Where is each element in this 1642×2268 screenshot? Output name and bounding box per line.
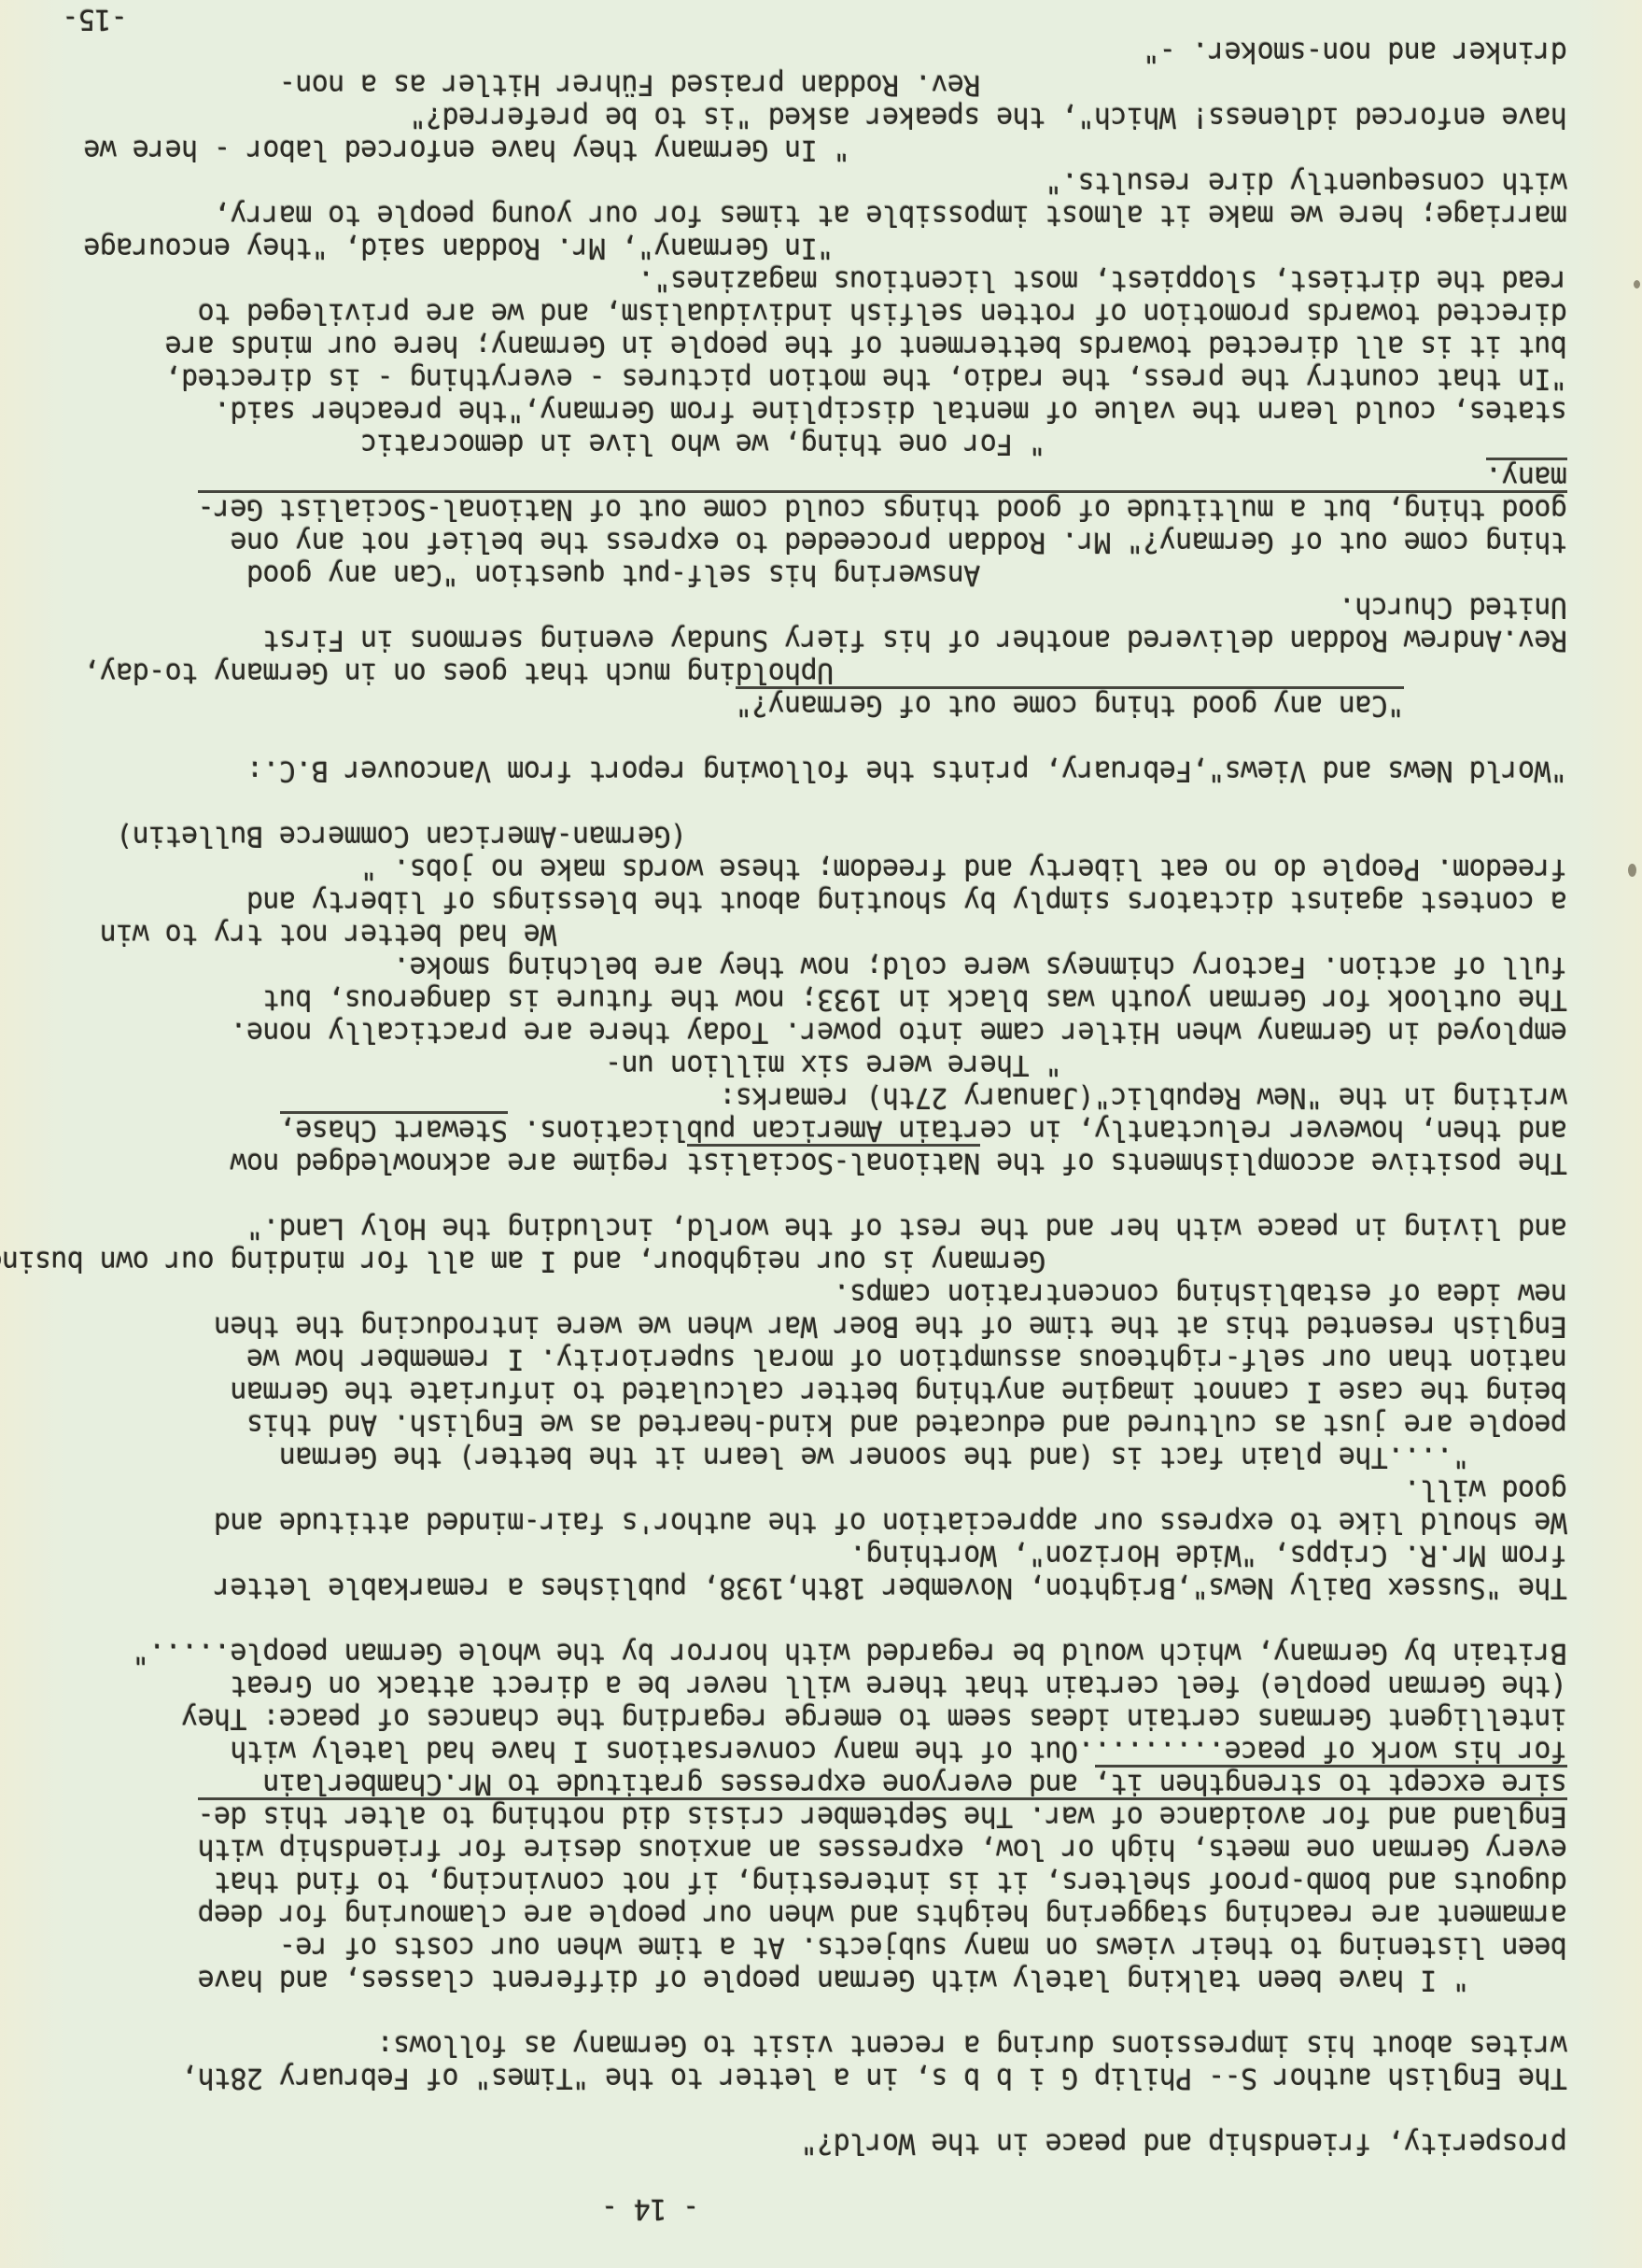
text-line: people are just as cultured and educated… xyxy=(51,1408,1567,1441)
text-line: England and for avoidance of war. The Se… xyxy=(51,1800,1567,1833)
text-line: freedom. People do no eat liberty and fr… xyxy=(51,852,1567,885)
text-line: sire except to strengthen it, and everyo… xyxy=(51,1768,1567,1800)
text-line: The outlook for German youth was black i… xyxy=(51,983,1567,1016)
typewritten-lines: prosperity, friendship and peace in the … xyxy=(51,35,1567,2192)
page-number-header: - 14 - xyxy=(0,2192,1409,2225)
text-line: " In Germany they have enforced labor - … xyxy=(51,134,1567,166)
text-line: drinker and non-smoker. -" xyxy=(51,35,1567,68)
text-line: "Can any good thing come out of Germany?… xyxy=(51,689,1567,722)
document-page: - 14 - prosperity, friendship and peace … xyxy=(0,0,1642,2268)
text-line xyxy=(51,2094,1567,2127)
text-line xyxy=(51,787,1567,820)
text-line xyxy=(51,722,1567,754)
text-line: good thing, but a multitude of good thin… xyxy=(51,493,1567,526)
text-line: dugouts and bomb-proof shelters, it is i… xyxy=(51,1866,1567,1898)
text-line: "In that country the press, the radio, t… xyxy=(51,362,1567,395)
text-line: "World News and Views",February, prints … xyxy=(51,754,1567,787)
text-line: " There were six million un- xyxy=(51,1049,1567,1081)
text-line: armament are reaching staggering heights… xyxy=(51,1898,1567,1931)
text-line: The positive accomplishments of the Nati… xyxy=(51,1147,1567,1179)
page-number-footer: -15- xyxy=(51,3,1567,35)
text-line: states, could learn the value of mental … xyxy=(51,395,1567,428)
text-line: directed towards promotion of rotten sel… xyxy=(51,297,1567,330)
text-line: "In Germany", Mr. Roddan said, "they enc… xyxy=(51,232,1567,264)
text-line: with consequently dire results." xyxy=(51,166,1567,199)
text-line: and living in peace with her and the res… xyxy=(51,1212,1567,1245)
text-line xyxy=(51,1179,1567,1212)
text-line xyxy=(51,2160,1567,2192)
text-line: a contest against dictators simply by sh… xyxy=(51,885,1567,918)
text-line: Answering his self-put question "Can any… xyxy=(51,558,1567,591)
text-line: Upholding much that goes on in Germany t… xyxy=(51,656,1567,689)
underlined-text: "Can any good thing come out of Germany?… xyxy=(736,686,1404,722)
text-line: and then, however reluctantly, in certai… xyxy=(51,1114,1567,1147)
underlined-text: many. xyxy=(1486,458,1567,493)
text-line: thing come out of Germany?" Mr. Roddan p… xyxy=(51,526,1567,558)
typewritten-text: - 14 - prosperity, friendship and peace … xyxy=(0,0,1642,2268)
text-line: English resented this at the time of the… xyxy=(51,1310,1567,1343)
text-line: We should like to express our appreciati… xyxy=(51,1506,1567,1539)
text-line: Britain by Germany, which would be regar… xyxy=(51,1637,1567,1669)
text-line: employed in Germany when Hitler came int… xyxy=(51,1016,1567,1049)
text-line: (the German people) feel certain that th… xyxy=(51,1669,1567,1702)
text-line: read the dirtiest, sloppiest, most licen… xyxy=(51,264,1567,297)
text-line: writing in the "New Republic"(January 27… xyxy=(51,1081,1567,1114)
text-line: "....The plain fact is (and the sooner w… xyxy=(51,1441,1567,1473)
text-line: United Church. xyxy=(51,591,1567,624)
underlined-text: National-Socialist xyxy=(687,1144,980,1179)
text-line: new idea of establishing concentration c… xyxy=(51,1277,1567,1310)
text-line: full of action. Factory chimneys were co… xyxy=(51,951,1567,983)
underlined-text: sire except to strengthen it, xyxy=(1095,1765,1567,1800)
text-line: The English author S-- Philip G i b b s,… xyxy=(51,2062,1567,2094)
text-line: many. xyxy=(51,460,1567,493)
text-line: Rev. Roddan praised Führer Hitler as a n… xyxy=(51,68,1567,101)
text-line xyxy=(51,1996,1567,2029)
text-line: writes about his impressions during a re… xyxy=(51,2029,1567,2062)
text-line: " For one thing, we who live in democrat… xyxy=(51,428,1567,460)
text-line: marriage; here we make it almost impossi… xyxy=(51,199,1567,232)
text-line xyxy=(51,1604,1567,1637)
underlined-text: England and for avoidance of war. The Se… xyxy=(198,1797,1567,1833)
text-line: The "Sussex Daily News",Brighton, Novemb… xyxy=(51,1571,1567,1604)
text-line: We had better not try to win xyxy=(51,918,1567,951)
text-line: prosperity, friendship and peace in the … xyxy=(51,2127,1567,2160)
text-line: being the case I cannot imagine anything… xyxy=(51,1375,1567,1408)
text-line: every German one meets, high or low, exp… xyxy=(51,1833,1567,1866)
text-line: " I have been talking lately with German… xyxy=(51,1964,1567,1996)
text-line: Rev.Andrew Roddan delivered another of h… xyxy=(51,624,1567,656)
text-line: Germany is our neighbour, and I am all f… xyxy=(51,1245,1567,1277)
text-line: have enforced idleness! Which", the spea… xyxy=(51,101,1567,134)
underlined-text: good thing, but a multitude of good thin… xyxy=(198,490,1567,526)
text-line: good will. xyxy=(51,1473,1567,1506)
text-line: intelligent Germans certain ideas seem t… xyxy=(51,1702,1567,1735)
text-line: for his work of peace.........Out of the… xyxy=(51,1735,1567,1768)
text-line: been listening to their views on many su… xyxy=(51,1931,1567,1964)
text-line: but it is all directed towards bettermen… xyxy=(51,330,1567,362)
text-line: (German-American Commerce Bulletin) xyxy=(51,820,1567,852)
underlined-text: Stewart Chase, xyxy=(280,1111,508,1147)
text-line: nation than our self-righteous assumptio… xyxy=(51,1343,1567,1375)
text-line: from Mr.R. Cripps, "Wide Horizon", Worth… xyxy=(51,1539,1567,1571)
